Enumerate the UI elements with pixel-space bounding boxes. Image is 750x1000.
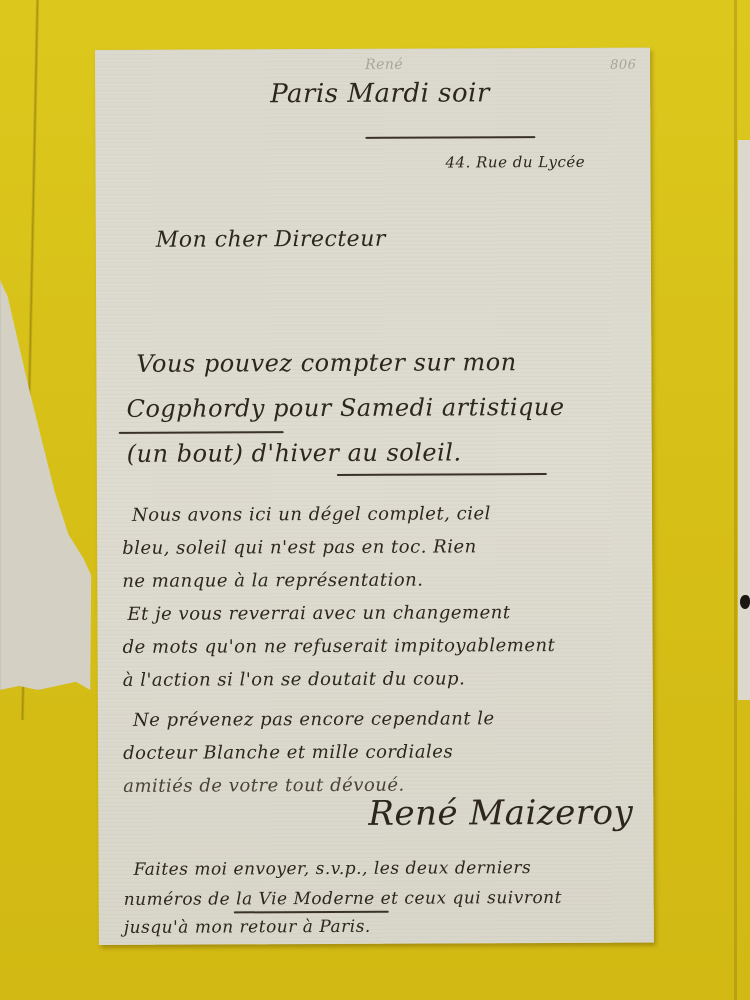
underline-cogphordy	[119, 431, 284, 434]
postscript-line: numéros de la Vie Moderne et ceux qui su…	[124, 888, 562, 910]
letter-place-date: Paris Mardi soir	[270, 78, 490, 109]
underline-hiver-au-soleil	[337, 473, 547, 476]
background-fold-line-right	[734, 0, 737, 1000]
letter-address: 44. Rue du Lycée	[445, 153, 585, 172]
body-line: bleu, soleil qui n'est pas en toc. Rien	[122, 536, 477, 559]
handwritten-letter: René 806 Paris Mardi soir 44. Rue du Lyc…	[95, 48, 654, 945]
signature: René Maizeroy	[368, 793, 633, 834]
body-line: Et je vous reverrai avec un changement	[127, 602, 510, 625]
header-underline	[365, 136, 535, 139]
postscript-line: jusqu'à mon retour à Paris.	[124, 917, 371, 938]
letter-salutation: Mon cher Directeur	[156, 227, 386, 253]
body-line: Cogphordy pour Samedi artistique	[127, 393, 565, 423]
torn-paper-fragment-right	[738, 140, 750, 700]
pencil-annotation-number: 806	[610, 58, 636, 73]
body-line: à l'action si l'on se doutait du coup.	[123, 668, 466, 690]
body-line: Ne prévenez pas encore cependant le	[133, 708, 495, 731]
ink-blot	[740, 595, 750, 609]
body-line: de mots qu'on ne refuserait impitoyablem…	[123, 635, 556, 658]
underline-vie-moderne	[234, 911, 389, 913]
pencil-annotation-name: René	[365, 57, 403, 73]
body-line: ne manque à la représentation.	[122, 570, 423, 592]
body-line: Nous avons ici un dégel complet, ciel	[132, 503, 491, 526]
body-line: (un bout) d'hiver au soleil.	[127, 438, 462, 467]
body-line: docteur Blanche et mille cordiales	[123, 741, 453, 763]
body-line: Vous pouvez compter sur mon	[136, 348, 516, 378]
postscript-line: Faites moi envoyer, s.v.p., les deux der…	[134, 858, 532, 880]
body-line: amitiés de votre tout dévoué.	[123, 775, 405, 797]
